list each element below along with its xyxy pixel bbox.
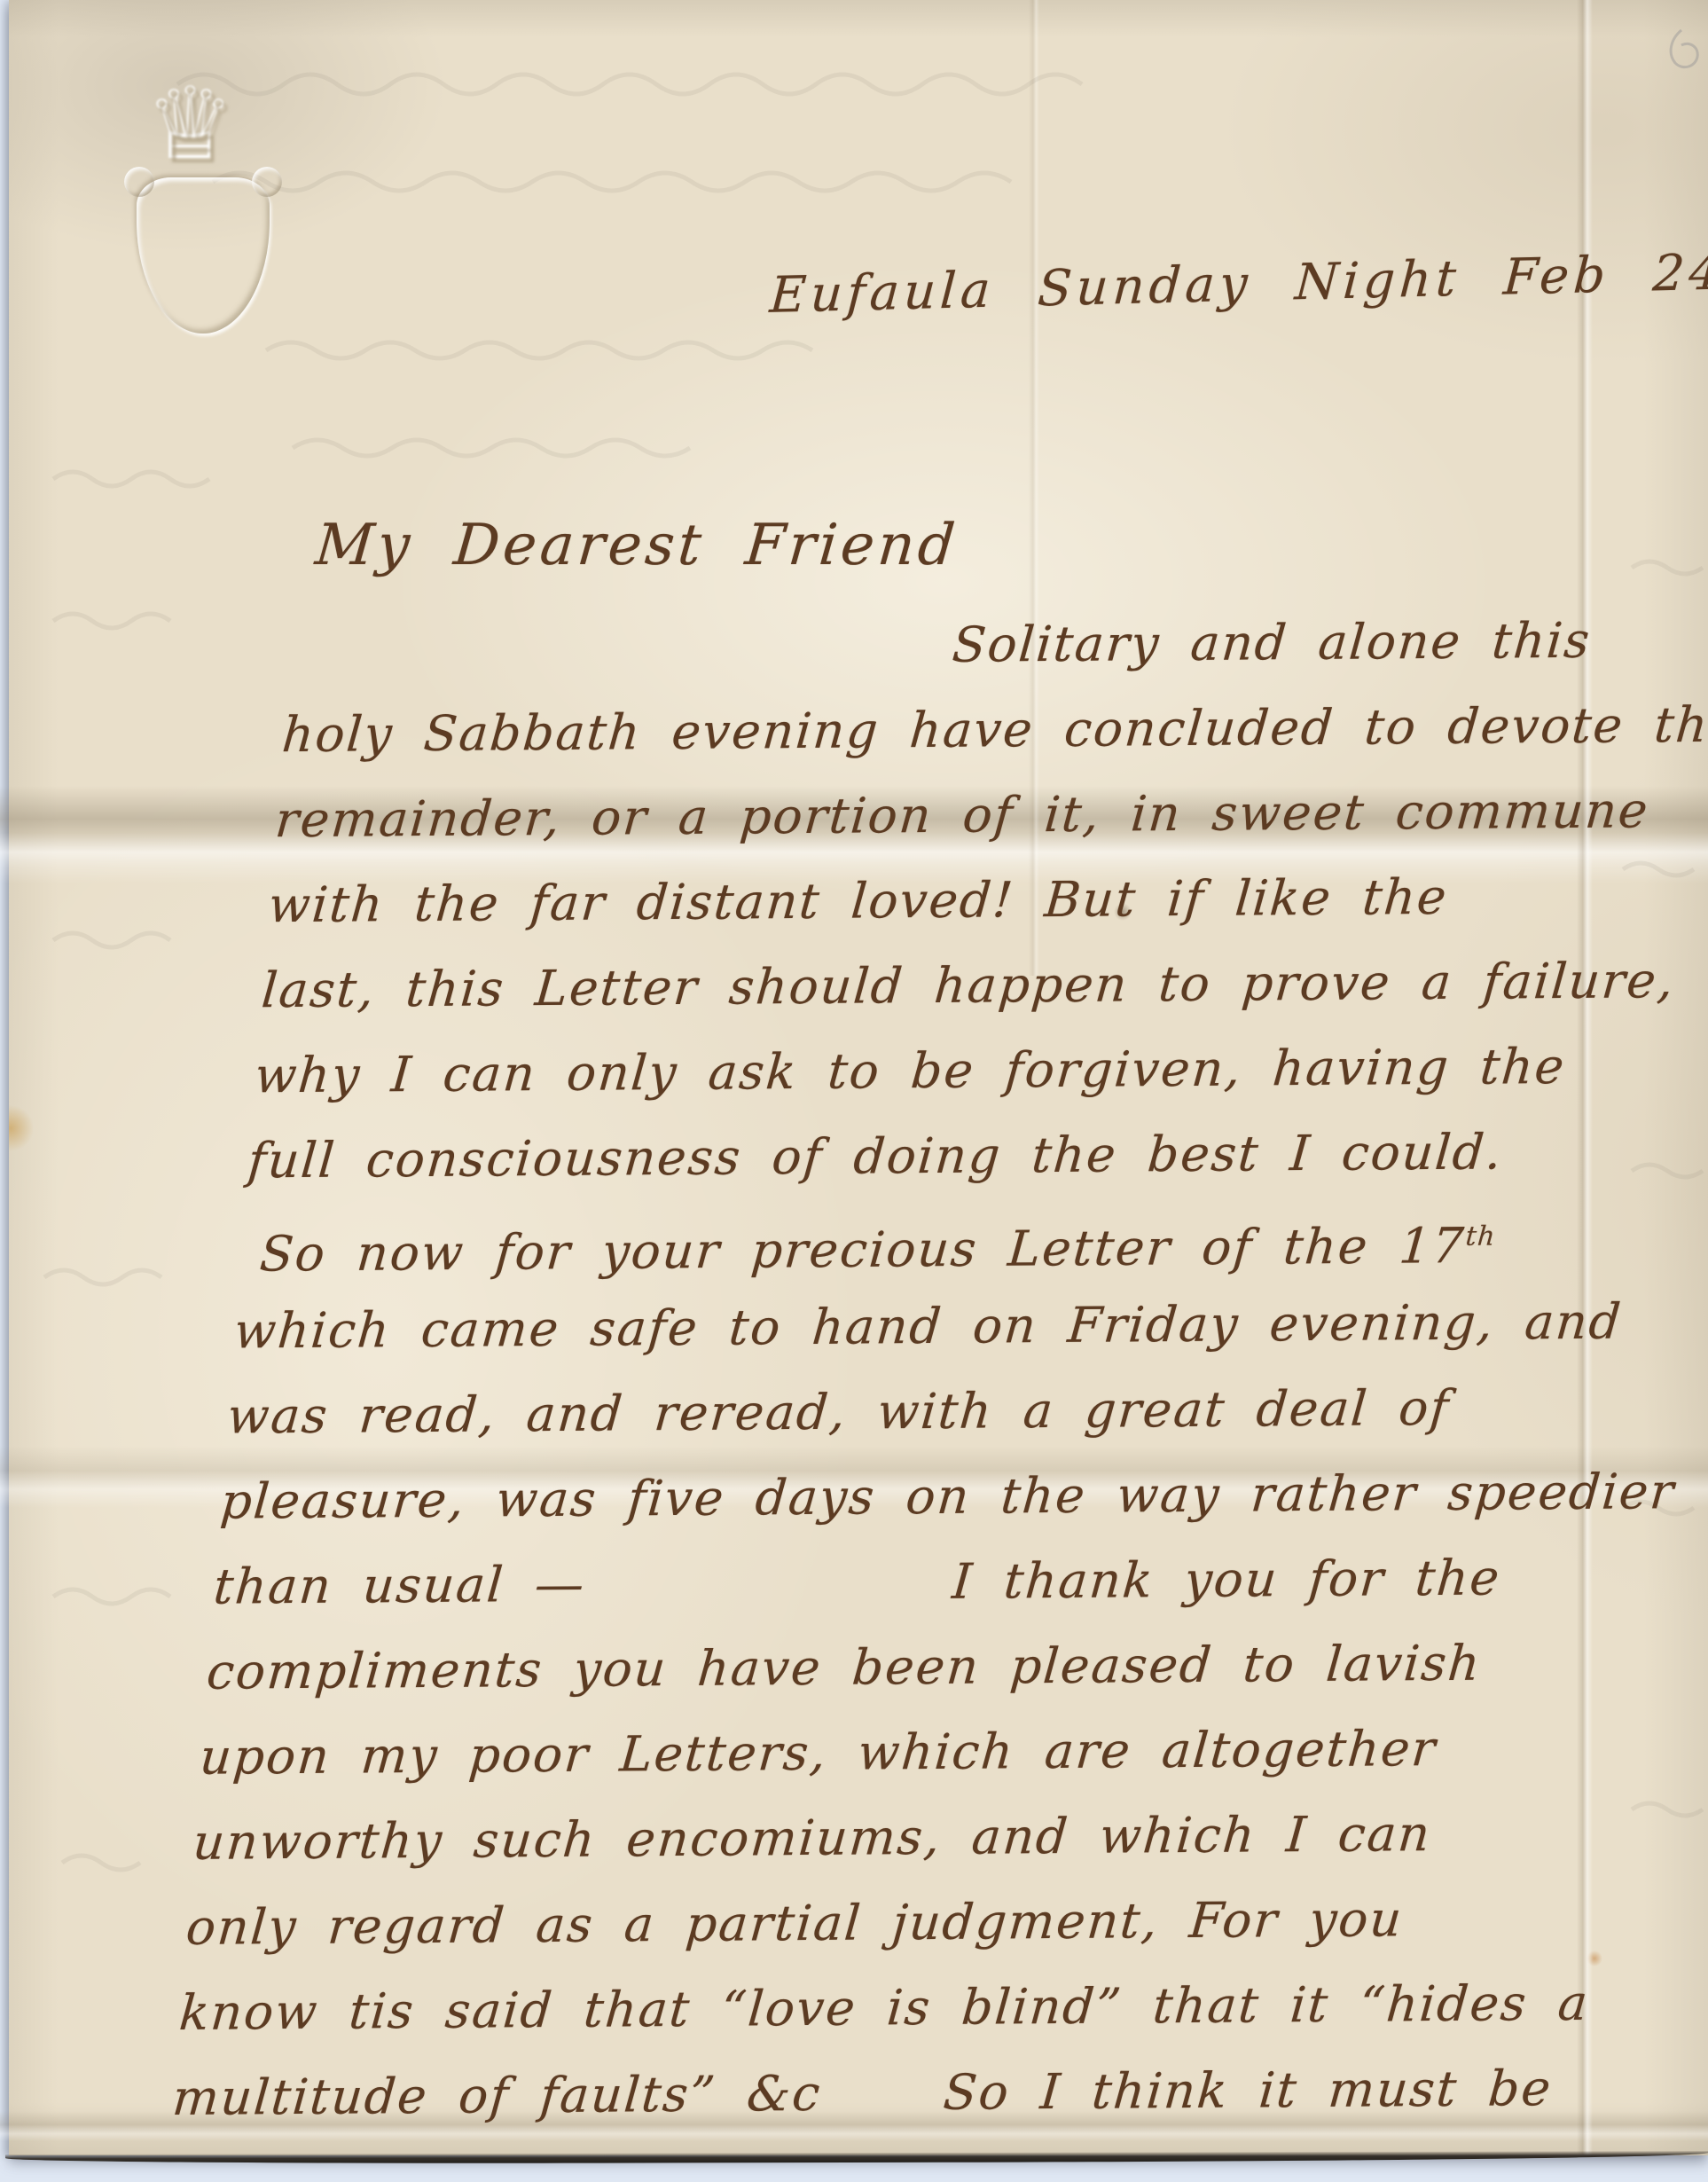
scanned-letter-page: ♕ Eufaula Sunday Night Feb 24th My Deare… [0,0,1708,2182]
letter-line-5: last, this Letter should happen to prove… [258,938,1618,1033]
letter-line-18: multitude of faults” &c So I think it mu… [169,2045,1530,2140]
letter-body: Solitary and alone this holy Sabbath eve… [169,597,1646,2140]
letter-date-ordinal-suffix: th [1464,1221,1496,1252]
letter-line-14: upon my poor Letters, which are altogeth… [197,1705,1557,1800]
crown-icon: ♕ [147,76,236,176]
letter-line-3: remainder, or a portion of it, in sweet … [272,767,1633,862]
letter-line-7: full consciousness of doing the best I c… [245,1109,1605,1204]
letter-line-17: know tis said that “love is blind” that … [176,1960,1537,2055]
letter-line-16: only regard as a partial judgment, For y… [183,1875,1543,1970]
embossed-crest-seal: ♕ [105,69,317,344]
shield-emboss [137,177,270,334]
letter-line-11: pleasure, was five days on the way rathe… [217,1449,1578,1544]
letter-line-10: was read, and reread, with a great deal … [224,1364,1585,1459]
letter-line-1: Solitary and alone this [286,597,1646,692]
letter-line-8: So now for your precious Letter of the 1… [238,1194,1598,1289]
letter-line-9: which came safe to hand on Friday evenin… [231,1279,1591,1374]
letter-line-4: with the far distant loved! But if like … [265,853,1626,948]
letter-line-15: unworthy such encomiums, and which I can [190,1790,1550,1885]
letter-line-13: compliments you have been pleased to lav… [204,1620,1564,1715]
letter-line-12: than usual — I thank you for the [210,1534,1571,1629]
salutation: My Dearest Friend [313,513,961,578]
letter-line-8-text: So now for your precious Letter of the 1… [258,1217,1468,1283]
letter-line-2: holy Sabbath evening have concluded to d… [279,682,1640,777]
letter-line-6: why I can only ask to be forgiven, havin… [252,1024,1612,1118]
